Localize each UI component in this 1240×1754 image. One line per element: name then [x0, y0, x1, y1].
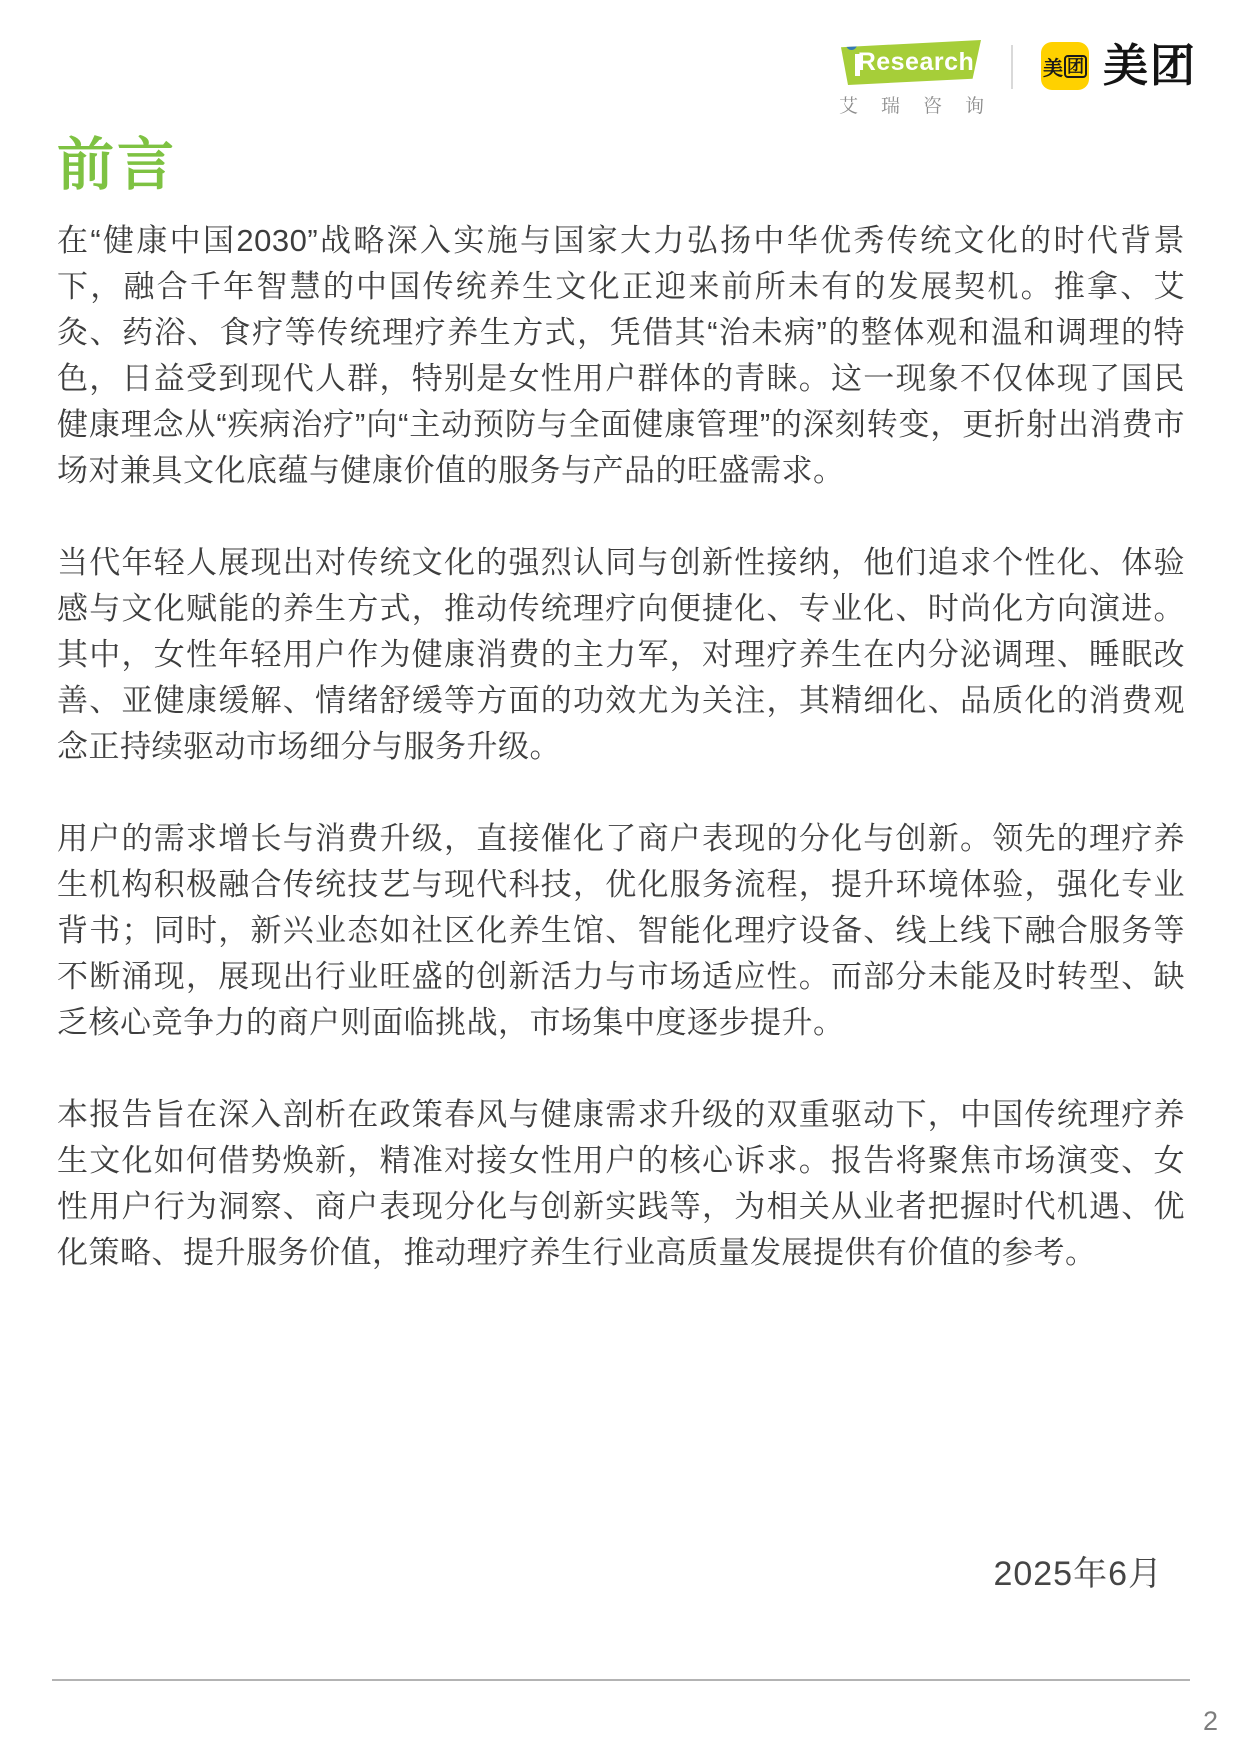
paragraph-4: 本报告旨在深入剖析在政策春风与健康需求升级的双重驱动下，中国传统理疗养生文化如何…	[57, 1092, 1185, 1276]
paragraph-2: 当代年轻人展现出对传统文化的强烈认同与创新性接纳，他们追求个性化、体验感与文化赋…	[57, 540, 1185, 770]
report-page: Research 艾瑞咨询 美 团 美团 前言 在“健康中国2030”战略深入实…	[0, 0, 1240, 1754]
header-logos: Research 艾瑞咨询 美 团 美团	[841, 40, 1197, 118]
iresearch-logo: Research 艾瑞咨询	[841, 40, 991, 118]
meituan-logo: 美 团 美团	[1041, 42, 1197, 90]
report-date: 2025年6月	[993, 1546, 1163, 1595]
meituan-icon-char-1: 美	[1043, 52, 1063, 81]
paragraph-1: 在“健康中国2030”战略深入实施与国家大力弘扬中华优秀传统文化的时代背景下，融…	[57, 218, 1185, 494]
page-title: 前言	[57, 134, 177, 197]
iresearch-i-stem	[855, 54, 860, 76]
page-number: 2	[1203, 1706, 1218, 1737]
meituan-wordmark: 美团	[1103, 42, 1197, 90]
logo-separator	[1011, 45, 1013, 89]
meituan-app-icon: 美 团	[1041, 42, 1089, 90]
iresearch-chinese-name: 艾瑞咨询	[839, 91, 991, 118]
iresearch-banner: Research	[841, 40, 981, 85]
iresearch-i-dot-icon	[846, 39, 857, 50]
preface-body: 在“健康中国2030”战略深入实施与国家大力弘扬中华优秀传统文化的时代背景下，融…	[57, 218, 1185, 1322]
meituan-icon-char-2: 团	[1064, 55, 1087, 78]
footer-divider	[52, 1679, 1190, 1681]
paragraph-3: 用户的需求增长与消费升级，直接催化了商户表现的分化与创新。领先的理疗养生机构积极…	[57, 816, 1185, 1046]
iresearch-wordmark: Research	[858, 48, 975, 77]
